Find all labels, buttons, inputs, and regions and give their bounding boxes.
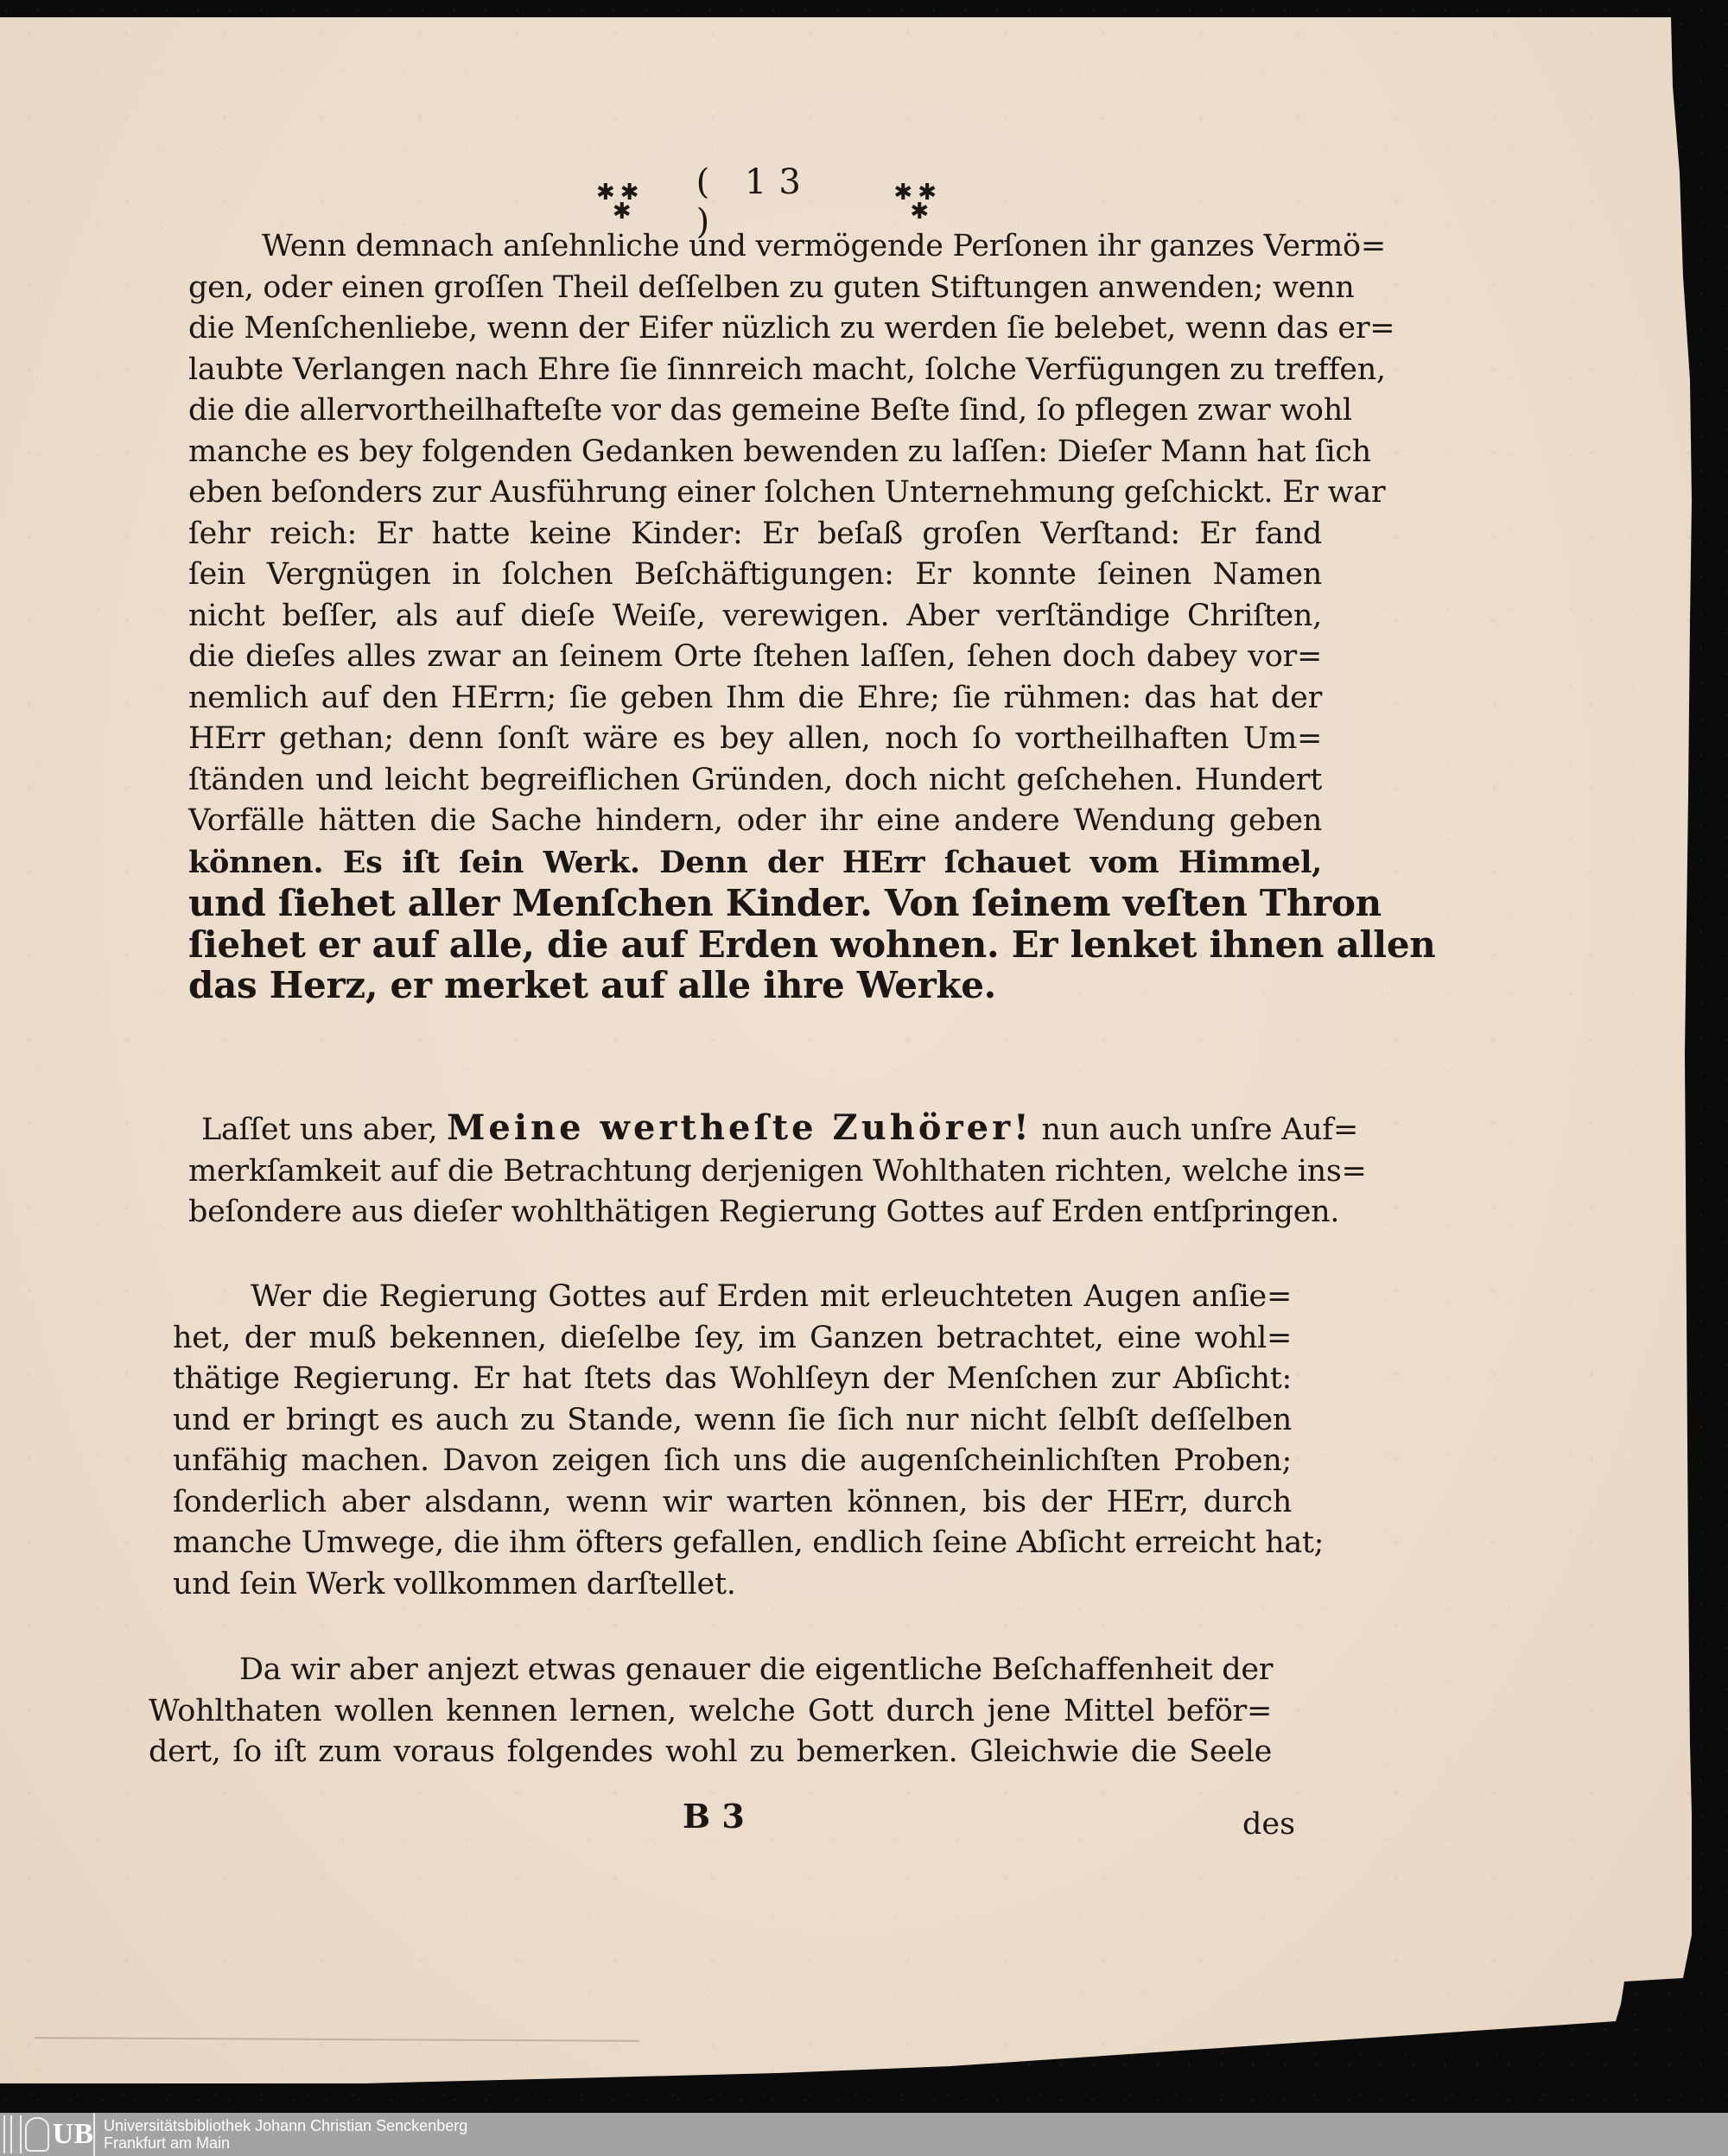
paragraph-1: Wenn demnach anſehnliche und vermögende … [188, 226, 1322, 1006]
text-line: ſehr reich: Er hatte keine Kinder: Er be… [188, 514, 1322, 555]
text-line: Wohlthaten wollen kennen lernen, welche … [149, 1691, 1272, 1733]
library-name-line1: Universitätsbibliothek Johann Christian … [104, 2117, 467, 2134]
text-line: können. Es iſt ſein Werk. Denn der HErr … [188, 842, 1322, 884]
logo-text: UB [53, 2118, 93, 2151]
text-line: nemlich auf den HErrn; ſie geben Ihm die… [188, 678, 1322, 720]
text-line: und er bringt es auch zu Stande, wenn ſi… [173, 1400, 1292, 1442]
paragraph-2: Laſſet uns aber, Meine wertheſte Zuhörer… [188, 1107, 1322, 1233]
text-line: Vorfälle hätten die Sache hindern, oder … [188, 801, 1322, 842]
text-line-bible-quote: und ſiehet aller Menſchen Kinder. Von ſe… [188, 883, 1322, 924]
catchword: des [1242, 1807, 1295, 1842]
text-line: die die allervortheilhafteſte vor das ge… [188, 390, 1322, 432]
text-segment: nun auch unſre Auf= [1032, 1113, 1358, 1147]
text-line: Wenn demnach anſehnliche und vermögende … [188, 226, 1322, 268]
library-logo: UB [0, 2113, 95, 2156]
text-line-bible-quote: ſiehet er auf alle, die auf Erden wohnen… [188, 924, 1322, 966]
building-icon [3, 2115, 22, 2153]
text-line: Wer die Regierung Gottes auf Erden mit e… [173, 1277, 1292, 1318]
text-line: ſonderlich aber alsdann, wenn wir warten… [173, 1482, 1292, 1524]
text-line: beſondere aus dieſer wohlthätigen Regier… [188, 1192, 1322, 1233]
text-line: manche Umwege, die ihm öfters gefallen, … [173, 1523, 1292, 1564]
portrait-icon [25, 2117, 49, 2152]
library-name-line2: Frankfurt am Main [104, 2134, 467, 2152]
text-line: unfähig machen. Davon zeigen ſich uns di… [173, 1441, 1292, 1482]
text-line: die Menſchenliebe, wenn der Eifer nüzlic… [188, 308, 1322, 350]
left-ornament-icon: ✱✱✱ [596, 183, 645, 221]
paper-fold [35, 2037, 639, 2042]
text-line-bible-quote: das Herz, er merket auf alle ihre Werke. [188, 965, 1322, 1006]
paragraph-4: Da wir aber anjezt etwas genauer die eig… [149, 1650, 1272, 1773]
text-line: eben beſonders zur Ausführung einer ſolc… [188, 472, 1322, 514]
text-line: Da wir aber anjezt etwas genauer die eig… [149, 1650, 1272, 1691]
text-line: und ſein Werk vollkommen darſtellet. [173, 1564, 1292, 1606]
text-line: dert, ſo iſt zum voraus folgendes wohl z… [149, 1732, 1272, 1773]
text-line: ſein Vergnügen in ſolchen Beſchäftigunge… [188, 555, 1322, 596]
text-line: gen, oder einen groſſen Theil deſſelben … [188, 268, 1322, 309]
text-line: merkſamkeit auf die Betrachtung derjenig… [188, 1151, 1322, 1193]
paragraph-3: Wer die Regierung Gottes auf Erden mit e… [173, 1277, 1292, 1605]
audience-address: Meine wertheſte Zuhörer! [447, 1107, 1032, 1148]
right-ornament-icon: ✱✱✱ [893, 183, 942, 221]
library-name: Universitätsbibliothek Johann Christian … [104, 2117, 467, 2152]
library-footer: UB Universitätsbibliothek Johann Christi… [0, 2113, 1728, 2156]
text-line: ſtänden und leicht begreiflichen Gründen… [188, 760, 1322, 802]
signature-mark: B 3 [683, 1797, 745, 1836]
text-line: die dieſes alles zwar an ſeinem Orte ſte… [188, 637, 1322, 678]
text-line: nicht beſſer, als auf dieſe Weiſe, verew… [188, 596, 1322, 637]
text-line: thätige Regierung. Er hat ſtets das Wohl… [173, 1359, 1292, 1400]
text-line: HErr gethan; denn ſonſt wäre es bey alle… [188, 719, 1322, 760]
text-line: Laſſet uns aber, Meine wertheſte Zuhörer… [188, 1107, 1322, 1151]
text-line: manche es bey folgenden Gedanken bewende… [188, 432, 1322, 473]
text-segment: Laſſet uns aber, [201, 1113, 447, 1147]
text-line: het, der muß bekennen, dieſelbe ſey, im … [173, 1318, 1292, 1360]
text-line: laubte Verlangen nach Ehre ſie ſinnreich… [188, 350, 1322, 391]
